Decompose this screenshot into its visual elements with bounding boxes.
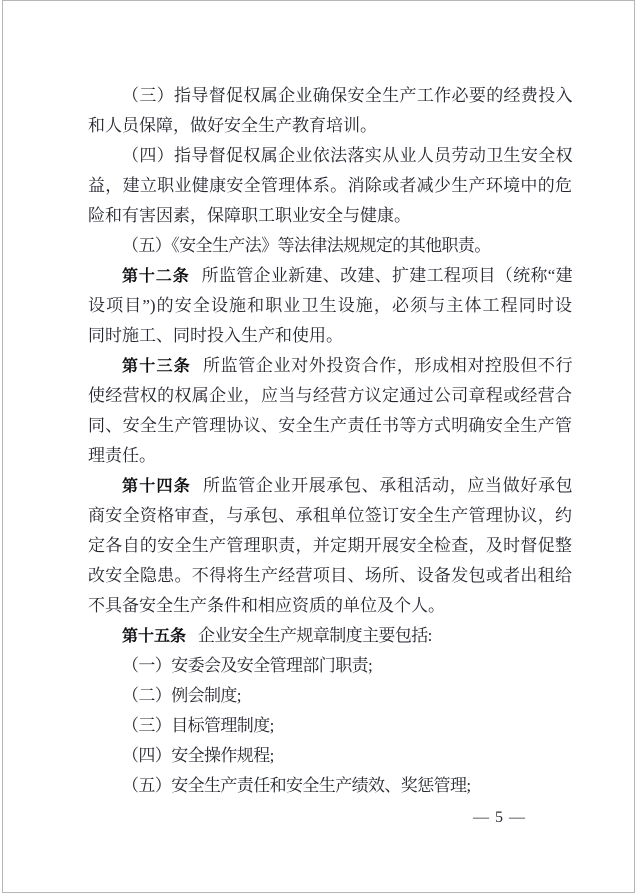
article-line: 第十四条所监管企业开展承包、承租活动，应当做好承包 [88, 471, 572, 501]
article-number: 第十三条 [122, 356, 191, 375]
text-line: 定各自的安全生产管理职责，并定期开展安全检查，及时督促整 [88, 531, 572, 561]
text-line: （二）例会制度; [88, 681, 572, 711]
text-line: 同、安全生产管理协议、安全生产责任书等方式明确安全生产管 [88, 411, 572, 441]
text-line: 险和有害因素，保障职工职业安全与健康。 [88, 201, 572, 231]
article-number: 第十四条 [122, 476, 191, 495]
text-line: 设项目”)的安全设施和职业卫生设施，必须与主体工程同时设计、 [88, 291, 572, 321]
article-line: 第十三条所监管企业对外投资合作，形成相对控股但不行 [88, 351, 572, 381]
text-line: 同时施工、同时投入生产和使用。 [88, 321, 572, 351]
text-line: 和人员保障，做好安全生产教育培训。 [88, 111, 572, 141]
text-line: （五）《安全生产法》等法律法规规定的其他职责。 [88, 231, 572, 261]
text-line: （五）安全生产责任和安全生产绩效、奖惩管理; [88, 771, 572, 801]
text-line: （四）指导督促权属企业依法落实从业人员劳动卫生安全权 [88, 141, 572, 171]
lines-container: （三）指导督促权属企业确保安全生产工作必要的经费投入和人员保障，做好安全生产教育… [88, 81, 572, 801]
text-line: （一）安委会及安全管理部门职责; [88, 651, 572, 681]
text-line: 改安全隐患。不得将生产经营项目、场所、设备发包或者出租给 [88, 561, 572, 591]
article-number: 第十五条 [122, 626, 186, 645]
text-line: 理责任。 [88, 441, 572, 471]
page-number: — 5 — [88, 803, 572, 833]
text-line: （三）目标管理制度; [88, 711, 572, 741]
document-body: （三）指导督促权属企业确保安全生产工作必要的经费投入和人员保障，做好安全生产教育… [88, 81, 572, 833]
text-line: 不具备安全生产条件和相应资质的单位及个人。 [88, 591, 572, 621]
text-line: （三）指导督促权属企业确保安全生产工作必要的经费投入 [88, 81, 572, 111]
article-number: 第十二条 [122, 266, 190, 285]
article-line: 第十五条企业安全生产规章制度主要包括: [88, 621, 572, 651]
text-line: 商安全资格审查，与承包、承租单位签订安全生产管理协议，约 [88, 501, 572, 531]
article-line: 第十二条所监管企业新建、改建、扩建工程项目（统称“建 [88, 261, 572, 291]
text-line: （四）安全操作规程; [88, 741, 572, 771]
text-line: 益，建立职业健康安全管理体系。消除或者减少生产环境中的危 [88, 171, 572, 201]
text-line: 使经营权的权属企业，应当与经营方议定通过公司章程或经营合 [88, 381, 572, 411]
